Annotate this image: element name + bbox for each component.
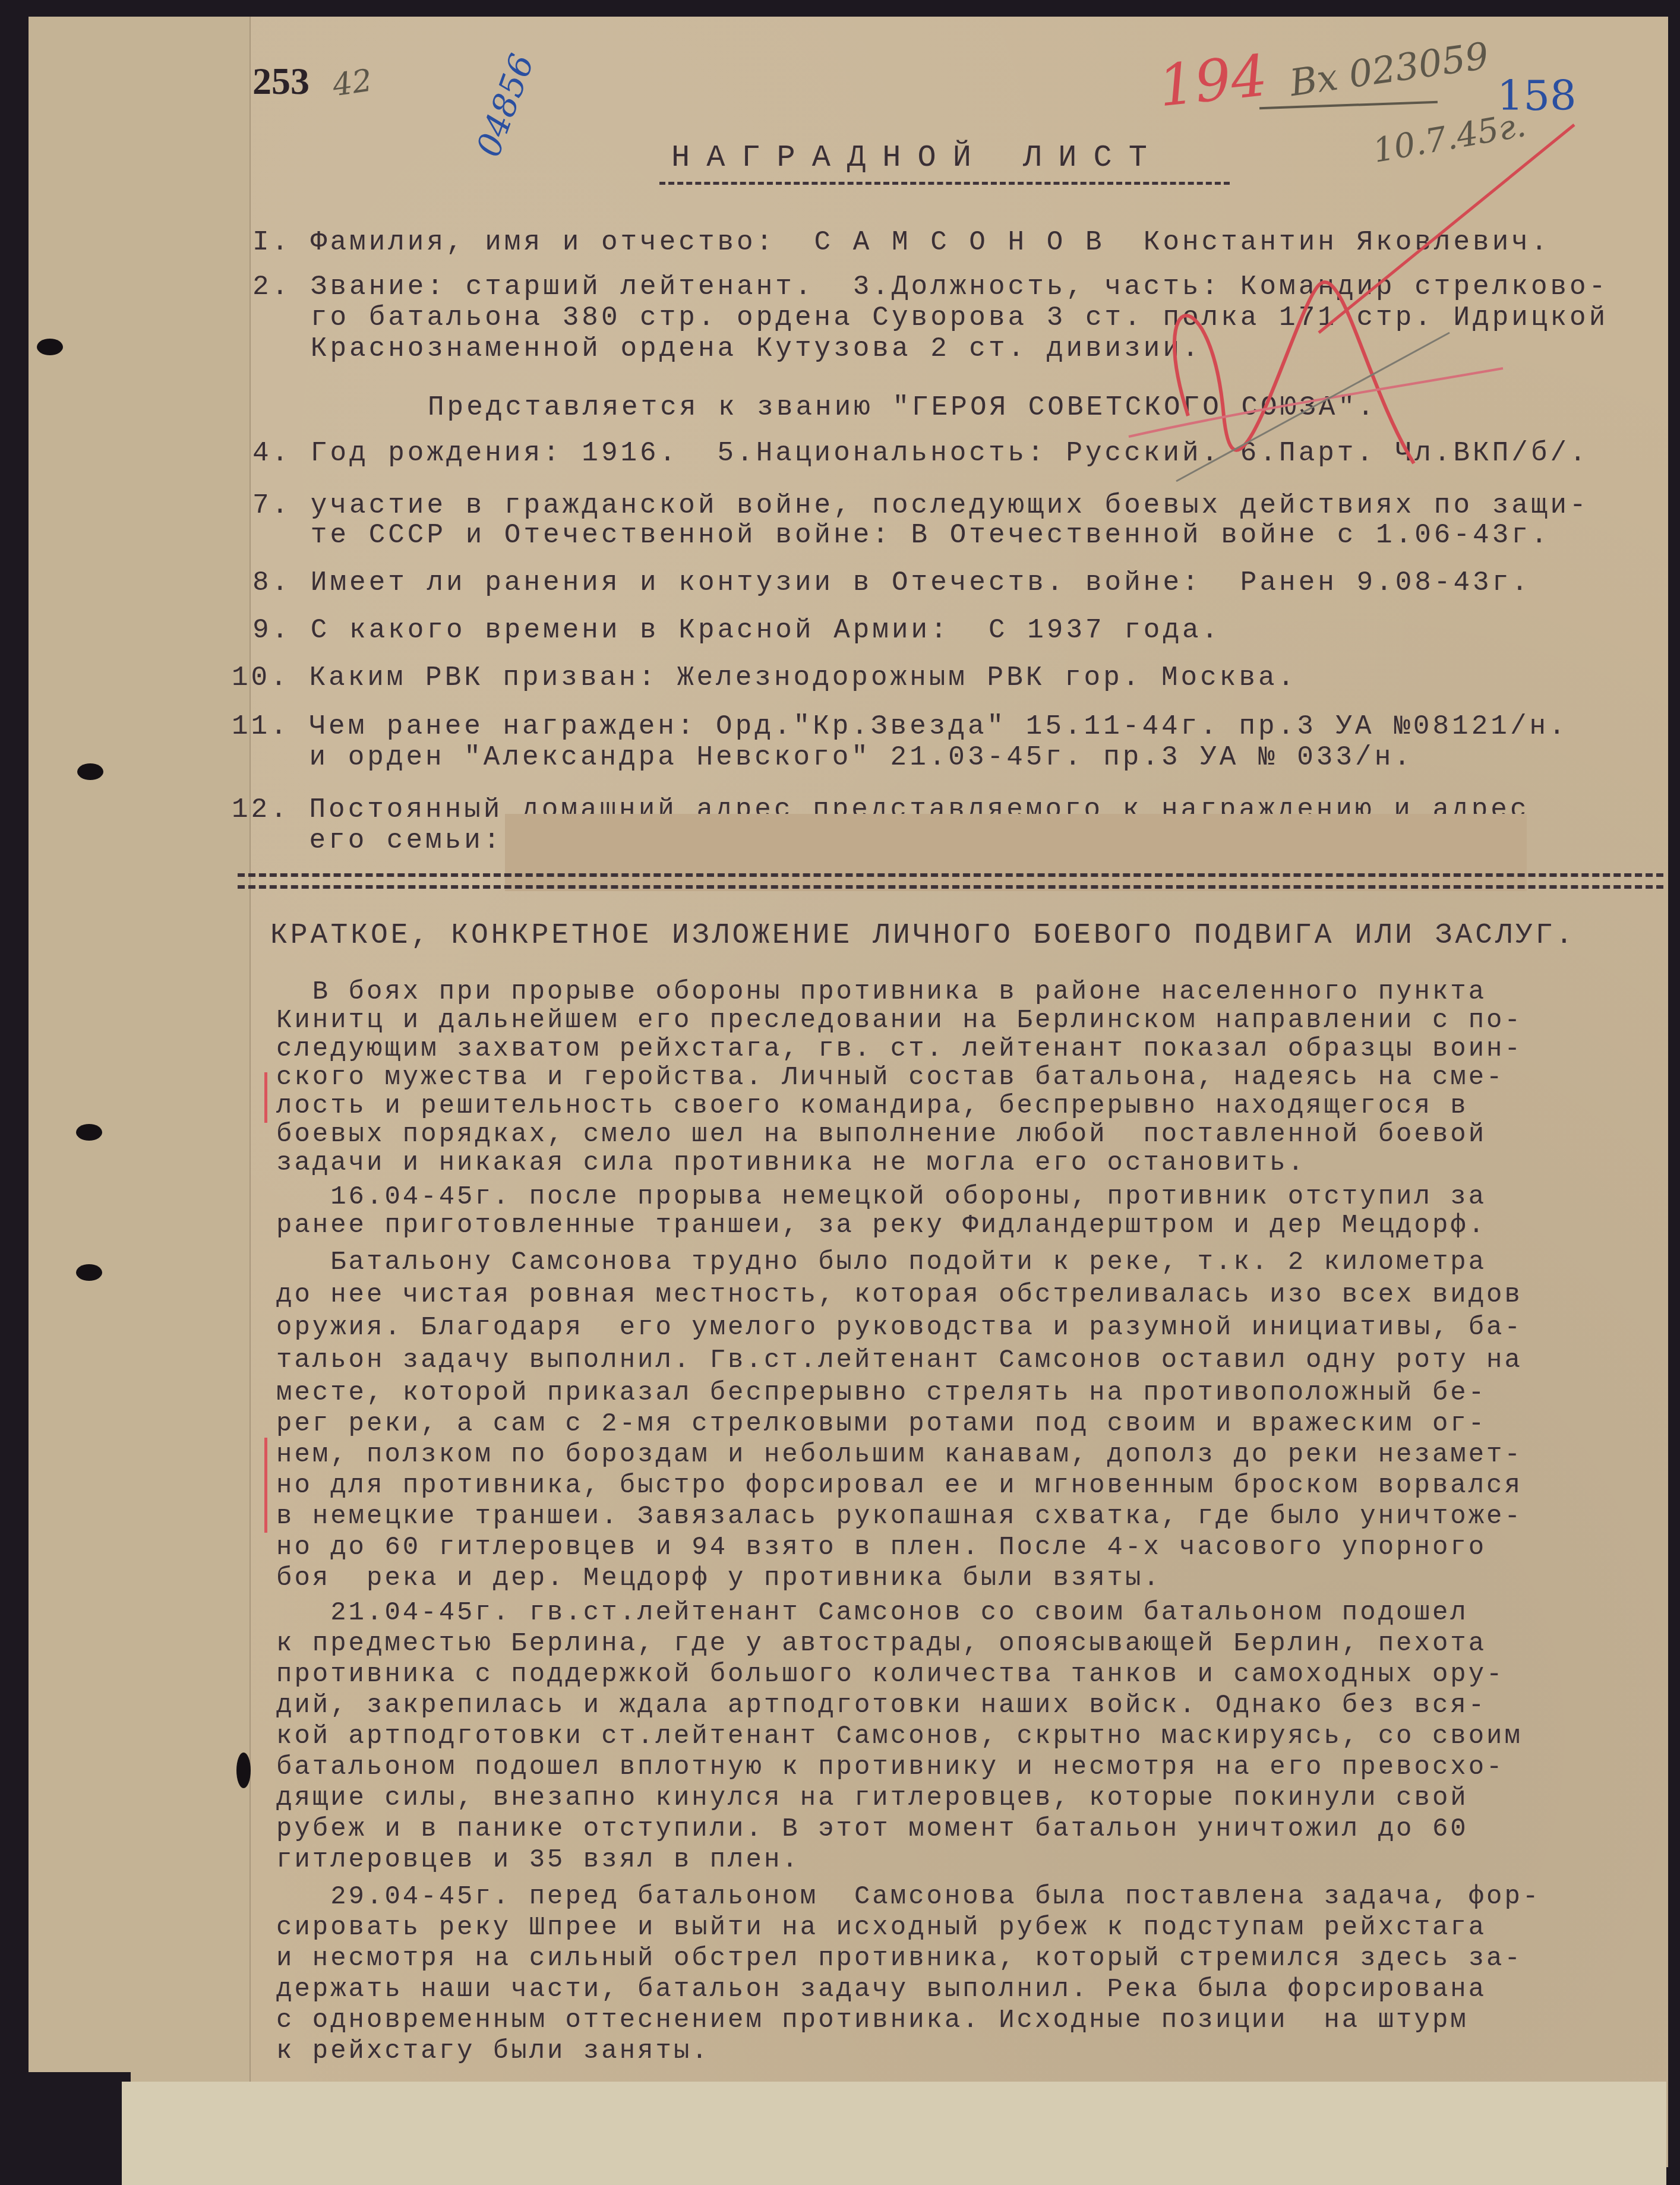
- red-pencil-signature-icon: [0, 0, 1680, 2185]
